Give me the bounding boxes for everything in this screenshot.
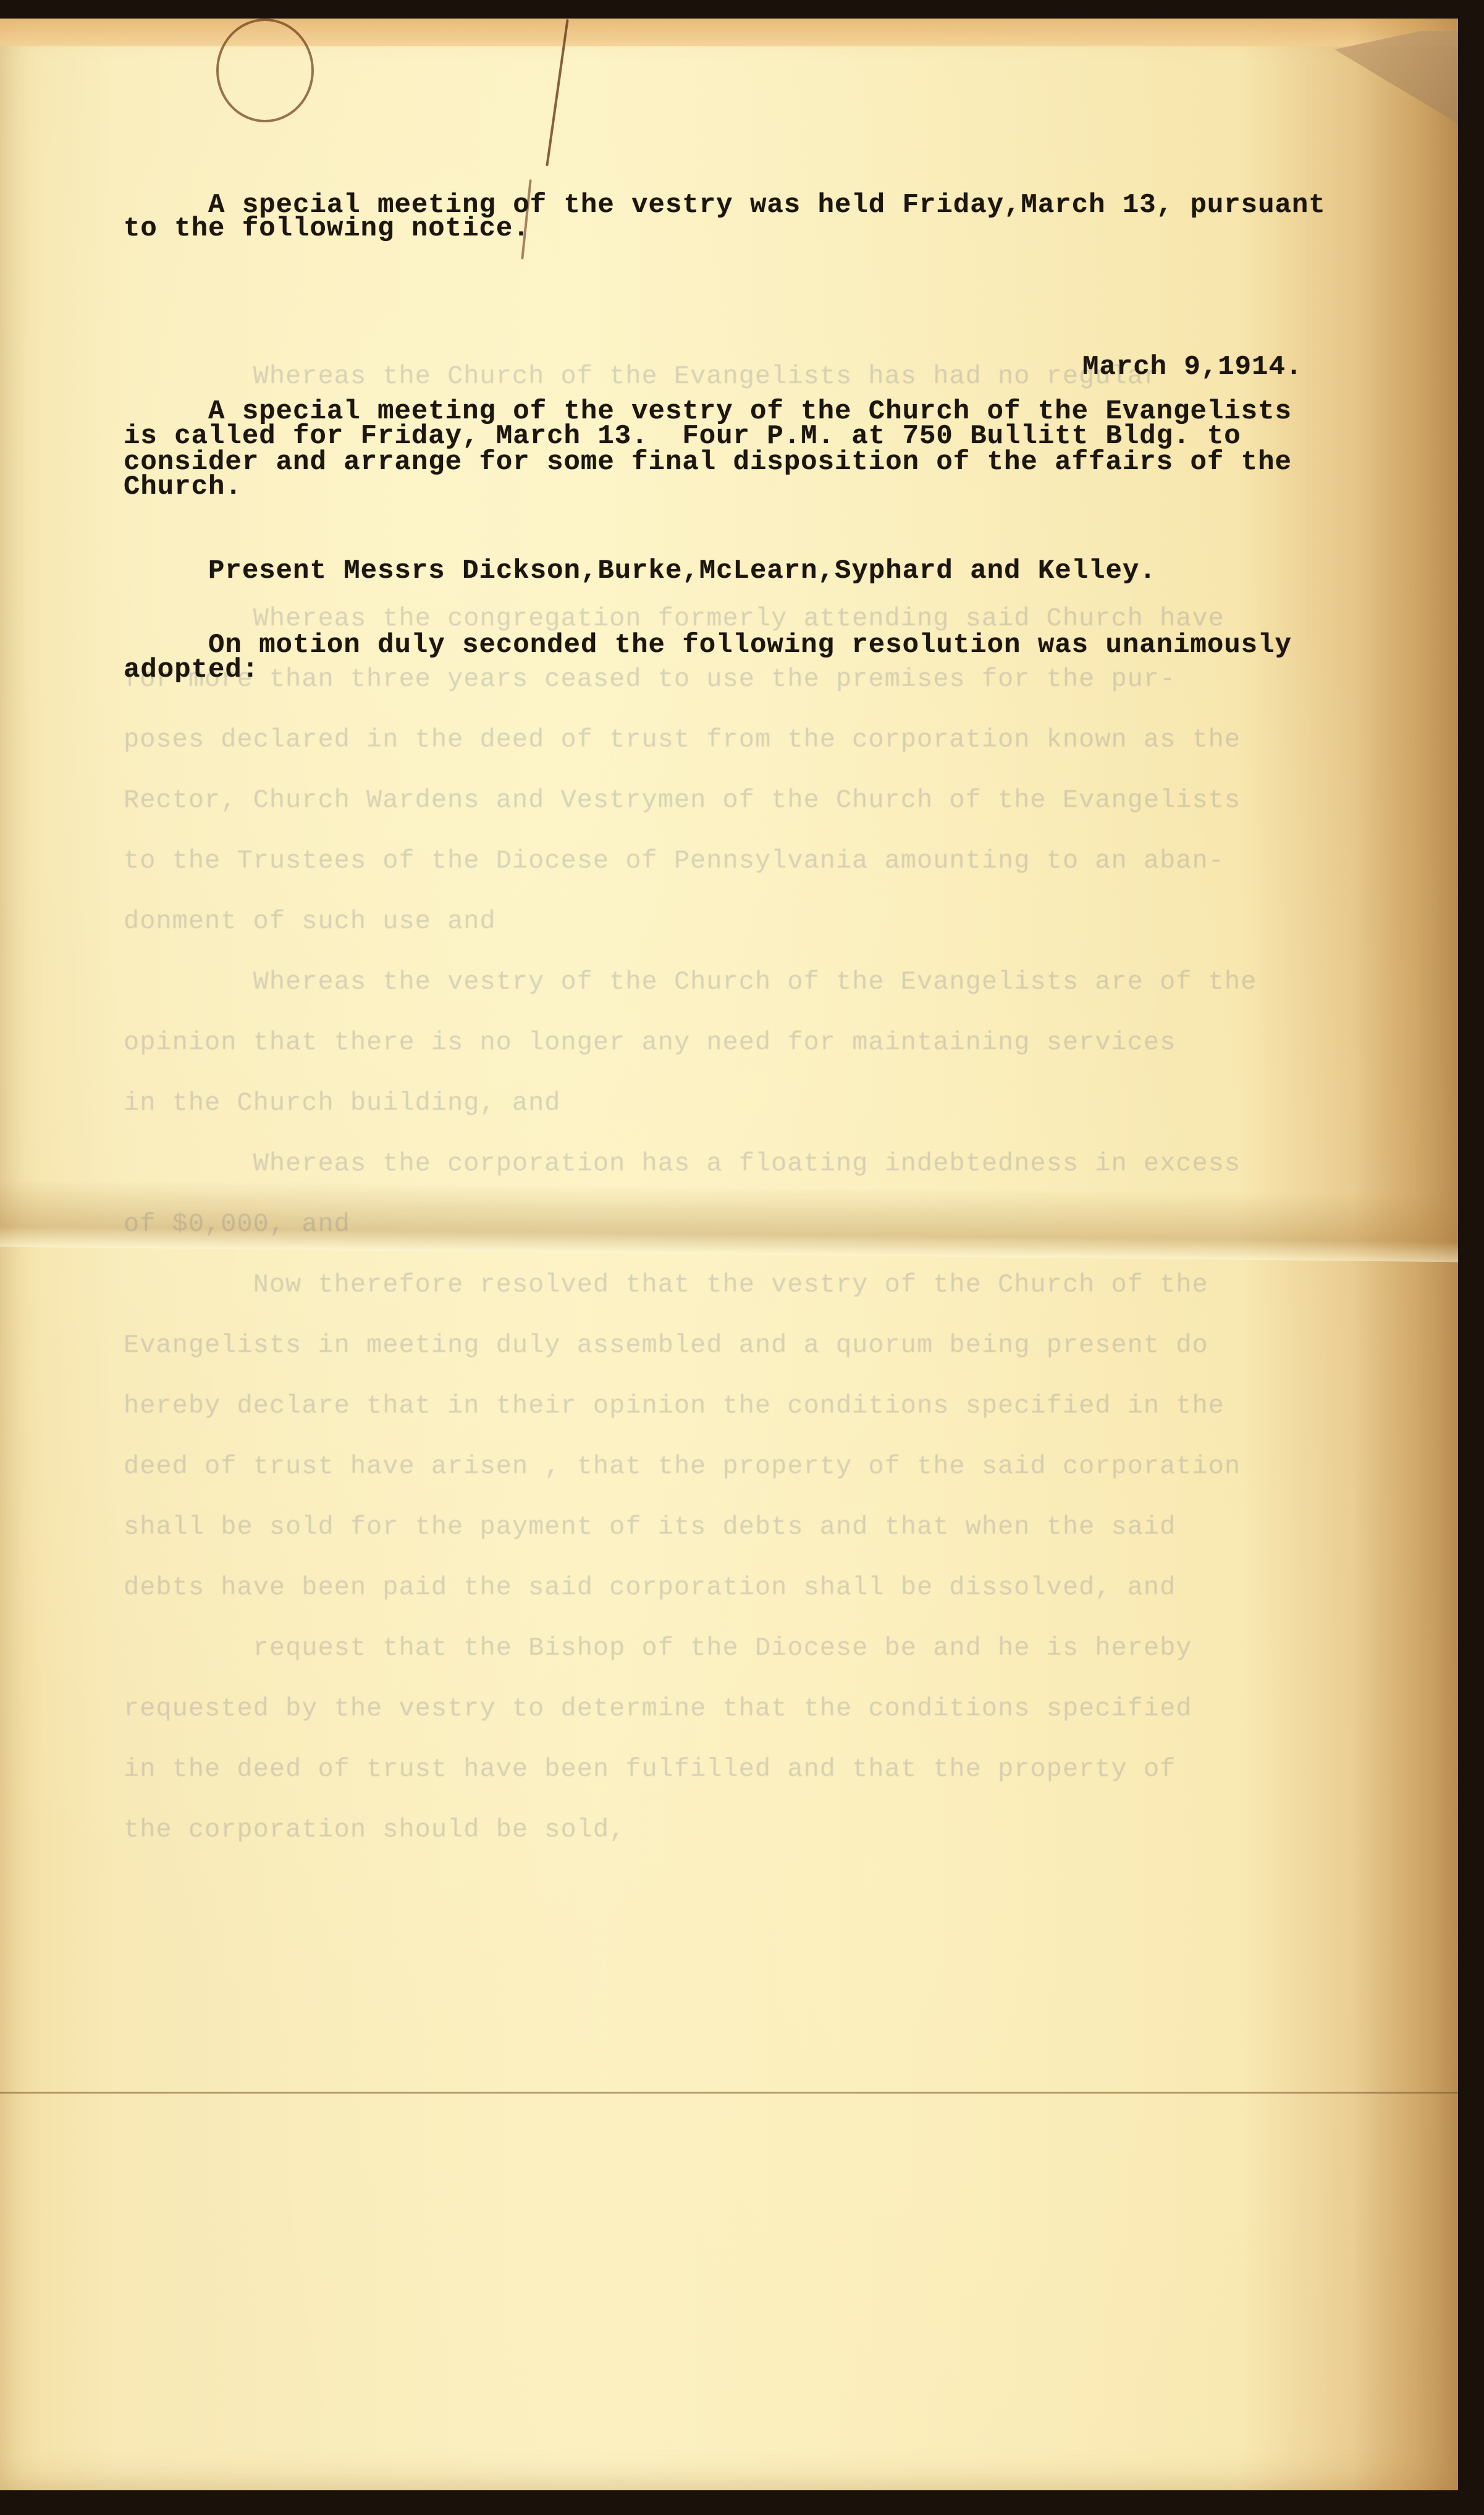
bleed-through-line: donment of such use and	[124, 907, 496, 936]
bleed-through-line: in the Church building, and	[124, 1088, 561, 1118]
bleed-through-line: hereby declare that in their opinion the…	[124, 1391, 1225, 1421]
motion-line-1: On motion duly seconded the following re…	[124, 630, 1292, 660]
bleed-through-line: Rector, Church Wardens and Vestrymen of …	[124, 785, 1241, 815]
bleed-through-line: Whereas the Church of the Evangelists ha…	[124, 361, 1160, 391]
bleed-through-line: of $0,000, and	[124, 1209, 350, 1239]
notice-line-4: Church.	[124, 472, 242, 502]
bleed-through-line: debts have been paid the said corporatio…	[124, 1573, 1176, 1602]
fold-crease	[0, 2092, 1458, 2094]
present-line: Present Messrs Dickson,Burke,McLearn,Syp…	[124, 556, 1157, 586]
rust-ring-stain	[216, 19, 314, 122]
notice-date: March 9,1914.	[1082, 352, 1302, 382]
bleed-through-line: opinion that there is no longer any need…	[124, 1028, 1176, 1057]
motion-line-2: adopted:	[124, 655, 259, 685]
paper-top-edge	[0, 19, 1458, 46]
intro-line-2: to the following notice.	[124, 214, 530, 243]
bleed-through-line: the corporation should be sold,	[124, 1815, 625, 1845]
bleed-through-line: Evangelists in meeting duly assembled an…	[124, 1330, 1208, 1360]
bleed-through-line: to the Trustees of the Diocese of Pennsy…	[124, 846, 1225, 876]
bleed-through-line: deed of trust have arisen , that the pro…	[124, 1452, 1241, 1481]
notice-line-3: consider and arrange for some final disp…	[124, 447, 1292, 477]
bleed-through-line: in the deed of trust have been fulfilled…	[124, 1754, 1176, 1784]
bleed-through-line: for more than three years ceased to use …	[124, 664, 1176, 694]
bleed-through-line: Whereas the corporation has a floating i…	[124, 1149, 1241, 1178]
bleed-through-line: shall be sold for the payment of its deb…	[124, 1512, 1176, 1542]
document-page: Whereas the Church of the Evangelists ha…	[0, 19, 1458, 2490]
bleed-through-line: Whereas the vestry of the Church of the …	[124, 967, 1257, 997]
bleed-through-line: poses declared in the deed of trust from…	[124, 725, 1241, 754]
bleed-through-line: requested by the vestry to determine tha…	[124, 1694, 1192, 1723]
bleed-through-line: Now therefore resolved that the vestry o…	[124, 1270, 1208, 1300]
bleed-through-line: request that the Bishop of the Diocese b…	[124, 1633, 1192, 1663]
bleed-through-line: Whereas the congregation formerly attend…	[124, 604, 1225, 633]
